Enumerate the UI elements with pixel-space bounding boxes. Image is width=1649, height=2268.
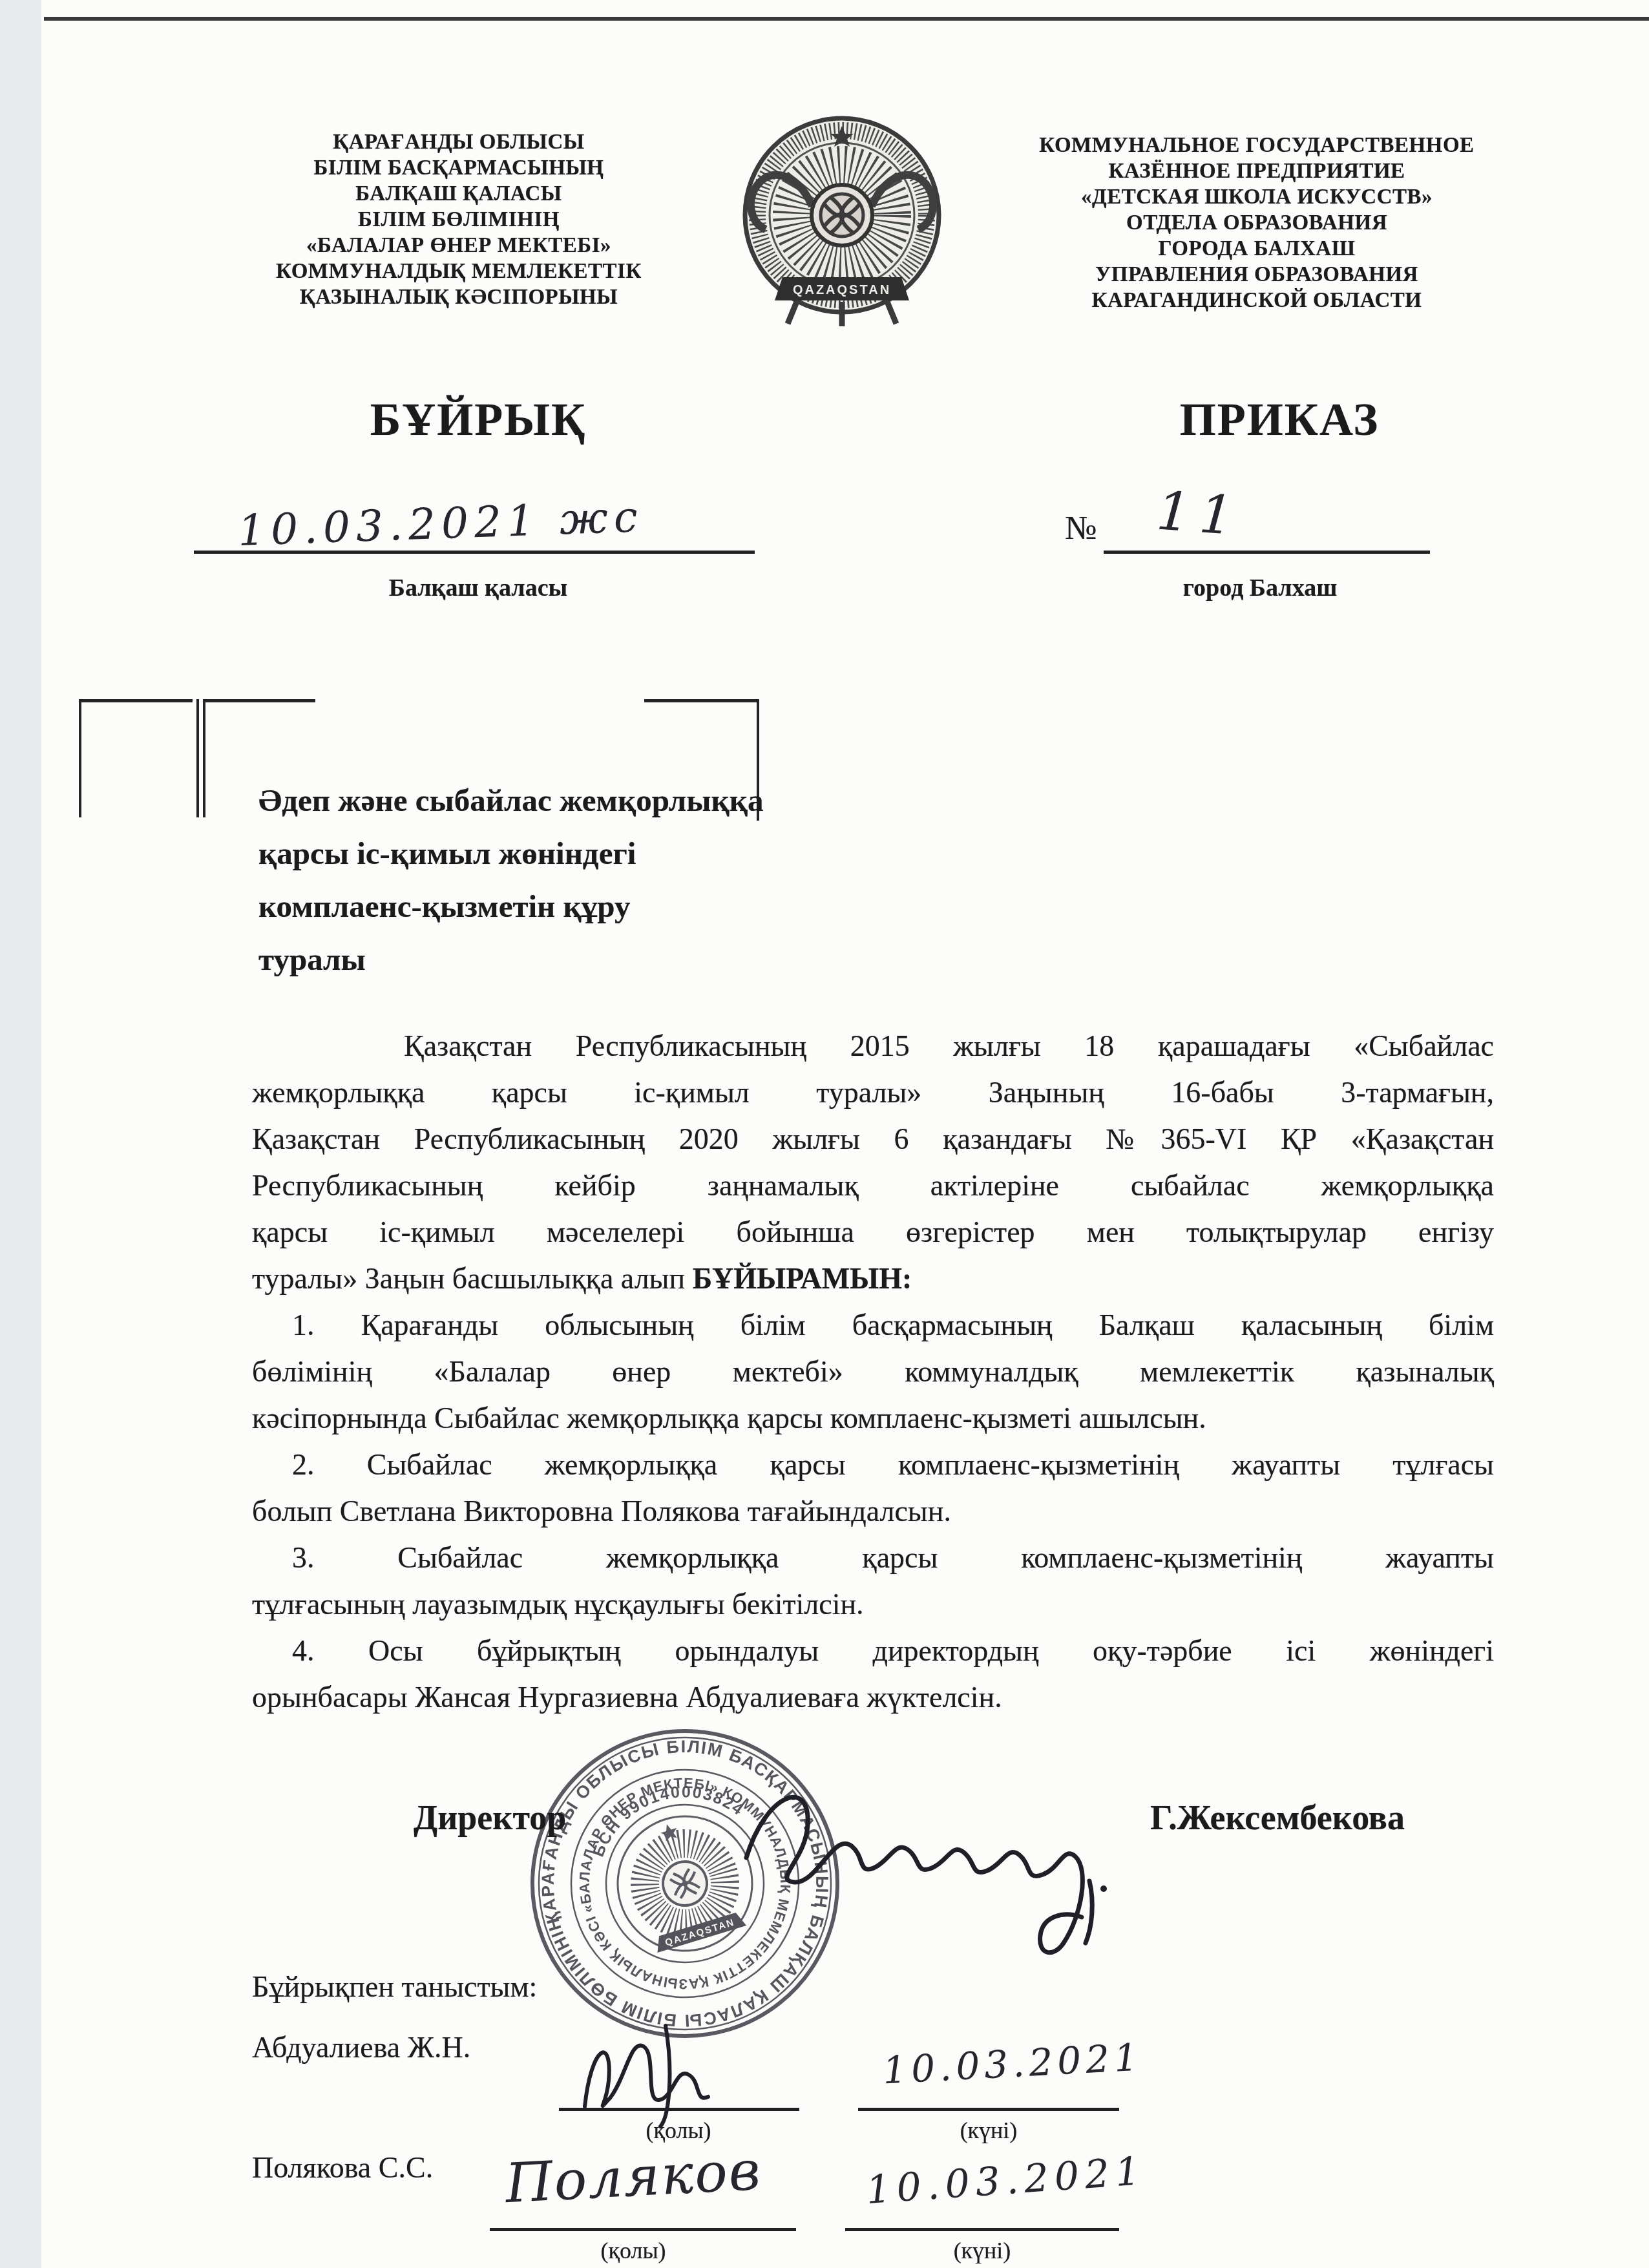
scan-top-edge — [44, 17, 1649, 21]
letterhead-right-line: УПРАВЛЕНИЯ ОБРАЗОВАНИЯ — [1005, 262, 1509, 288]
body-line: Республикасының кейбір заңнамалық актіле… — [252, 1162, 1494, 1209]
letterhead-right-line: КОММУНАЛЬНОЕ ГОСУДАРСТВЕННОЕ — [1005, 132, 1509, 158]
place-ru: город Балхаш — [1060, 574, 1460, 602]
ack-name-abdualieva: Абдуалиева Ж.Н. — [252, 2030, 470, 2064]
emblem-banner-text: QAZAQSTAN — [793, 283, 891, 297]
signature-caption-2: (қолы) — [523, 2237, 743, 2264]
scan-left-band — [0, 0, 41, 2268]
body-line: қарсы іс-қимыл мәселелері бойынша өзгері… — [252, 1209, 1494, 1255]
polyakova-signature: Поляков — [504, 2139, 763, 2216]
letterhead-left-line: КОММУНАЛДЫҚ МЕМЛЕКЕТТІК — [233, 258, 685, 284]
scan-artifact-line — [203, 699, 315, 702]
ack-name-polyakova: Полякова С.С. — [252, 2150, 433, 2185]
order-body: Қазақстан Республикасының 2015 жылғы 18 … — [252, 1023, 1494, 1721]
letterhead-right-line: ОТДЕЛА ОБРАЗОВАНИЯ — [1005, 210, 1509, 236]
letterhead-right-line: КАРАГАНДИНСКОЙ ОБЛАСТИ — [1005, 288, 1509, 313]
subject-block: Әдеп және сыбайлас жемқорлыққа қарсы іс-… — [258, 774, 763, 986]
scan-artifact-line — [203, 699, 205, 817]
letterhead-right: КОММУНАЛЬНОЕ ГОСУДАРСТВЕННОЕ КАЗЁННОЕ ПР… — [1005, 132, 1509, 313]
number-underline — [1104, 452, 1430, 554]
letterhead-left-line: БІЛІМ БАСҚАРМАСЫНЫҢ — [233, 155, 685, 181]
place-kk: Балқаш қаласы — [278, 574, 678, 602]
order-item-line: кәсіпорнында Сыбайлас жемқорлыққа қарсы … — [252, 1395, 1494, 1442]
handwritten-number: 11 — [1155, 480, 1245, 547]
director-label: Директор — [414, 1798, 566, 1838]
scan-artifact-line — [196, 699, 199, 817]
body-line: Қазақстан Республикасының 2015 жылғы 18 … — [252, 1023, 1494, 1069]
ack-intro: Бұйрықпен таныстым: — [252, 1969, 537, 2004]
letterhead-left-line: БАЛҚАШ ҚАЛАСЫ — [233, 181, 685, 207]
state-emblem-icon: QAZAQSTAN — [733, 107, 951, 330]
abdualieva-signature — [569, 2000, 775, 2129]
scan-artifact-line — [79, 699, 193, 702]
subject-line: Әдеп және сыбайлас жемқорлыққа — [258, 774, 763, 827]
scan-artifact-line — [644, 699, 759, 702]
letterhead-right-line: КАЗЁННОЕ ПРЕДПРИЯТИЕ — [1005, 158, 1509, 184]
subject-line: комплаенс-қызметін құру — [258, 880, 763, 933]
order-item-line: орынбасары Жансая Нургазиевна Абдуалиева… — [252, 1674, 1494, 1721]
scanned-order-page: ҚАРАҒАНДЫ ОБЛЫСЫ БІЛІМ БАСҚАРМАСЫНЫҢ БАЛ… — [0, 0, 1649, 2268]
letterhead-right-line: «ДЕТСКАЯ ШКОЛА ИСКУССТВ» — [1005, 184, 1509, 210]
letterhead-left: ҚАРАҒАНДЫ ОБЛЫСЫ БІЛІМ БАСҚАРМАСЫНЫҢ БАЛ… — [233, 129, 685, 310]
director-name: Г.Жексембекова — [1150, 1798, 1405, 1838]
body-line: Қазақстан Республикасының 2020 жылғы 6 қ… — [252, 1116, 1494, 1162]
order-item-line: 1. Қарағанды облысының білім басқармасын… — [252, 1302, 1494, 1349]
date-caption-1: (күні) — [879, 2117, 1098, 2144]
order-item-line: бөлімінің «Балалар өнер мектебі» коммуна… — [252, 1349, 1494, 1395]
subject-line: қарсы іс-қимыл жөніндегі — [258, 827, 763, 880]
subject-line: туралы — [258, 933, 763, 986]
body-line: туралы» Заңын басшылыққа алып БҰЙЫРАМЫН: — [252, 1255, 1494, 1302]
letterhead-left-line: «БАЛАЛАР ӨНЕР МЕКТЕБІ» — [233, 233, 685, 258]
date-caption-2: (күні) — [872, 2237, 1092, 2264]
director-signature — [704, 1754, 1157, 1968]
order-title-ru: ПРИКАЗ — [1060, 393, 1499, 446]
order-item-line: тұлғасының лауазымдық нұсқаулығы бекітіл… — [252, 1581, 1494, 1628]
order-item-line: 3. Сыбайлас жемқорлыққа қарсы комплаенс-… — [252, 1535, 1494, 1581]
letterhead-left-line: БІЛІМ БӨЛІМІНІҢ — [233, 207, 685, 233]
order-item-line: 2. Сыбайлас жемқорлыққа қарсы комплаенс-… — [252, 1442, 1494, 1488]
number-sign: № — [1065, 509, 1097, 547]
scan-artifact-line — [79, 699, 81, 817]
letterhead-left-line: ҚАЗЫНАЛЫҚ КӘСІПОРЫНЫ — [233, 284, 685, 310]
letterhead-right-line: ГОРОДА БАЛХАШ — [1005, 236, 1509, 262]
directive-word: БҰЙЫРАМЫН: — [693, 1262, 912, 1295]
order-item-line: 4. Осы бұйрықтың орындалуы директордың о… — [252, 1628, 1494, 1674]
letterhead-left-line: ҚАРАҒАНДЫ ОБЛЫСЫ — [233, 129, 685, 155]
body-line-text: туралы» Заңын басшылыққа алып — [252, 1262, 693, 1295]
body-line: жемқорлыққа қарсы іс-қимыл туралы» Заңын… — [252, 1069, 1494, 1116]
order-item-line: болып Светлана Викторовна Полякова тағай… — [252, 1488, 1494, 1535]
order-title-kk: БҰЙРЫҚ — [258, 393, 698, 446]
